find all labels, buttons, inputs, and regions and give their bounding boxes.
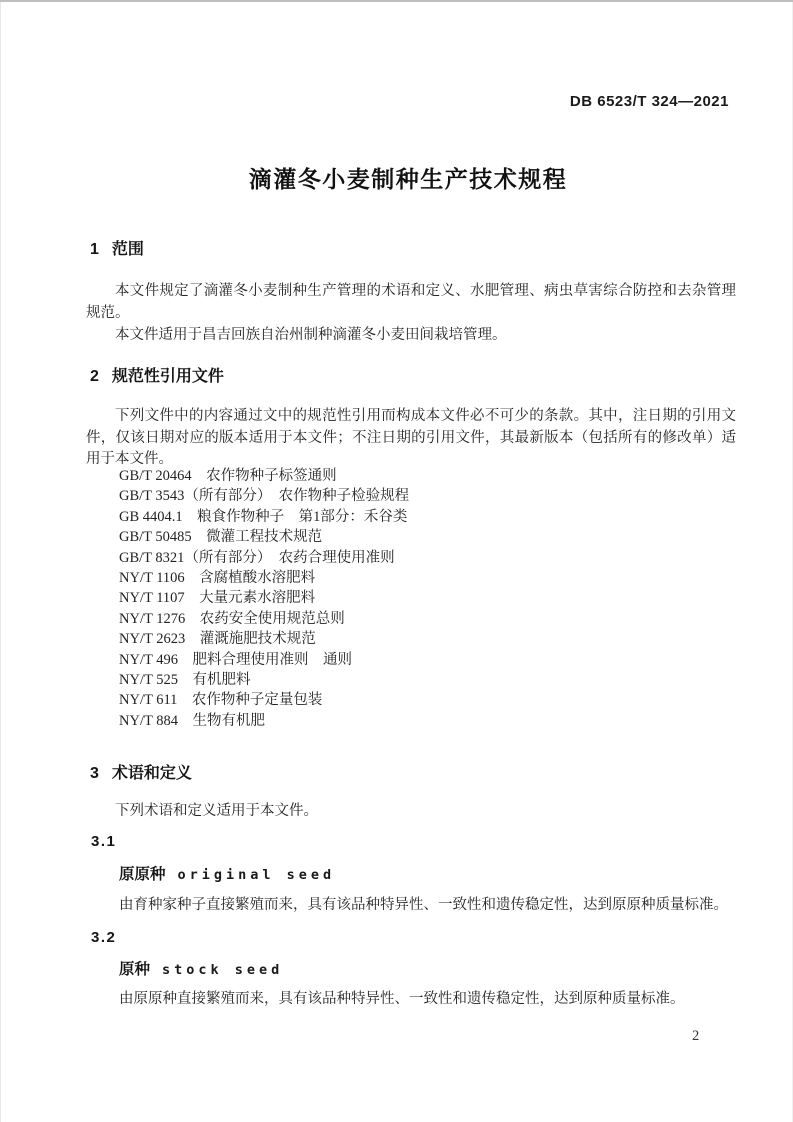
- reference-item: GB/T 3543（所有部分） 农作物种子检验规程: [119, 486, 409, 506]
- document-page: DB 6523/T 324—2021 滴灌冬小麦制种生产技术规程 1范围 本文件…: [0, 0, 793, 1122]
- term-3-2-number: 3.2: [91, 929, 116, 946]
- reference-item: NY/T 884 生物有机肥: [119, 711, 409, 731]
- scope-paragraph-1: 本文件规定了滴灌冬小麦制种生产管理的术语和定义、水肥管理、病虫草害综合防控和去杂…: [86, 281, 736, 324]
- term-3-2-definition: 由原原种直接繁殖而来，具有该品种特异性、一致性和遗传稳定性，达到原种质量标准。: [86, 989, 741, 1011]
- reference-item: NY/T 611 农作物种子定量包装: [119, 690, 409, 710]
- section-2-heading: 2规范性引用文件: [90, 363, 224, 386]
- term-3-1-name-zh: 原原种: [119, 866, 166, 883]
- reference-item: NY/T 496 肥料合理使用准则 通则: [119, 650, 409, 670]
- reference-item: NY/T 1106 含腐植酸水溶肥料: [119, 568, 409, 588]
- reference-item: GB 4404.1 粮食作物种子 第1部分：禾谷类: [119, 507, 409, 527]
- section-3-number: 3: [90, 765, 99, 782]
- term-3-1-definition: 由育种家种子直接繁殖而来，具有该品种特异性、一致性和遗传稳定性，达到原原种质量标…: [86, 895, 741, 917]
- reference-item: NY/T 2623 灌溉施肥技术规范: [119, 629, 409, 649]
- normative-references-list: GB/T 20464 农作物种子标签通则 GB/T 3543（所有部分） 农作物…: [86, 466, 409, 731]
- terms-intro-paragraph: 下列术语和定义适用于本文件。: [86, 801, 736, 823]
- section-1-number: 1: [90, 241, 99, 258]
- page-number: 2: [692, 1028, 699, 1045]
- scope-paragraph-2: 本文件适用于昌吉回族自治州制种滴灌冬小麦田间栽培管理。: [86, 325, 736, 347]
- term-3-2-name: 原种stock seed: [119, 957, 283, 979]
- section-3-title: 术语和定义: [112, 765, 192, 782]
- references-intro-paragraph: 下列文件中的内容通过文中的规范性引用而构成本文件必不可少的条款。其中，注日期的引…: [86, 406, 736, 471]
- reference-item: NY/T 1276 农药安全使用规范总则: [119, 609, 409, 629]
- standard-code: DB 6523/T 324—2021: [570, 93, 729, 110]
- reference-item: GB/T 20464 农作物种子标签通则: [119, 466, 409, 486]
- term-3-2-name-en: stock seed: [162, 962, 283, 978]
- reference-item: GB/T 50485 微灌工程技术规范: [119, 527, 409, 547]
- section-2-title: 规范性引用文件: [112, 368, 224, 385]
- reference-item: GB/T 8321（所有部分） 农药合理使用准则: [119, 548, 409, 568]
- section-3-heading: 3术语和定义: [90, 760, 192, 783]
- section-1-title: 范围: [112, 241, 144, 258]
- term-3-2-name-zh: 原种: [119, 961, 150, 978]
- reference-item: NY/T 1107 大量元素水溶肥料: [119, 588, 409, 608]
- term-3-1-name: 原原种original seed: [119, 862, 335, 884]
- document-title: 滴灌冬小麦制种生产技术规程: [249, 161, 568, 194]
- reference-item: NY/T 525 有机肥料: [119, 670, 409, 690]
- term-3-1-number: 3.1: [91, 833, 116, 850]
- section-2-number: 2: [90, 368, 99, 385]
- section-1-heading: 1范围: [90, 236, 144, 259]
- term-3-1-name-en: original seed: [178, 867, 336, 883]
